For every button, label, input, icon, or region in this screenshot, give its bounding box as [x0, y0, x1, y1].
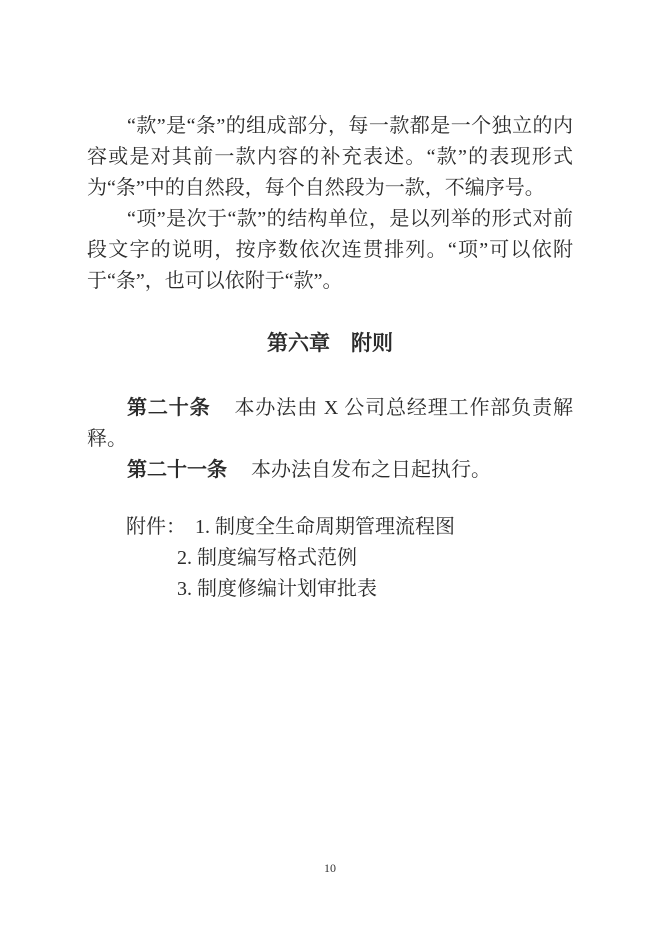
article-line: 第二十一条本办法自发布之日起执行。 — [87, 455, 573, 486]
article-number: 第二十条 — [127, 397, 211, 419]
body-paragraph-xiang: “项”是次于“款”的结构单位，是以列举的形式对前段文字的说明，按序数依次连贯排列… — [87, 204, 573, 297]
attachments-label: 附件： — [126, 516, 186, 538]
attachment-item: 3. 制度修编计划审批表 — [87, 574, 573, 605]
articles-block: 第二十条本办法由 X 公司总经理工作部负责解释。 第二十一条本办法自发布之日起执… — [87, 393, 573, 486]
attachment-item: 1. 制度全生命周期管理流程图 — [195, 516, 455, 538]
article-text: 本办法自发布之日起执行。 — [251, 459, 491, 481]
article-line: 第二十条本办法由 X 公司总经理工作部负责解释。 — [87, 393, 573, 455]
chapter-heading: 第六章 附则 — [87, 328, 573, 359]
document-content: “款”是“条”的组成部分，每一款都是一个独立的内容或是对其前一款内容的补充表述。… — [87, 111, 573, 605]
attachment-item: 2. 制度编写格式范例 — [87, 543, 573, 574]
document-page: “款”是“条”的组成部分，每一款都是一个独立的内容或是对其前一款内容的补充表述。… — [0, 0, 660, 934]
attachments-block: 附件：1. 制度全生命周期管理流程图 2. 制度编写格式范例 3. 制度修编计划… — [87, 512, 573, 605]
page-number: 10 — [0, 860, 660, 876]
body-paragraph-kuan: “款”是“条”的组成部分，每一款都是一个独立的内容或是对其前一款内容的补充表述。… — [87, 111, 573, 204]
article-number: 第二十一条 — [127, 459, 227, 481]
attachment-line: 附件：1. 制度全生命周期管理流程图 — [87, 512, 573, 543]
